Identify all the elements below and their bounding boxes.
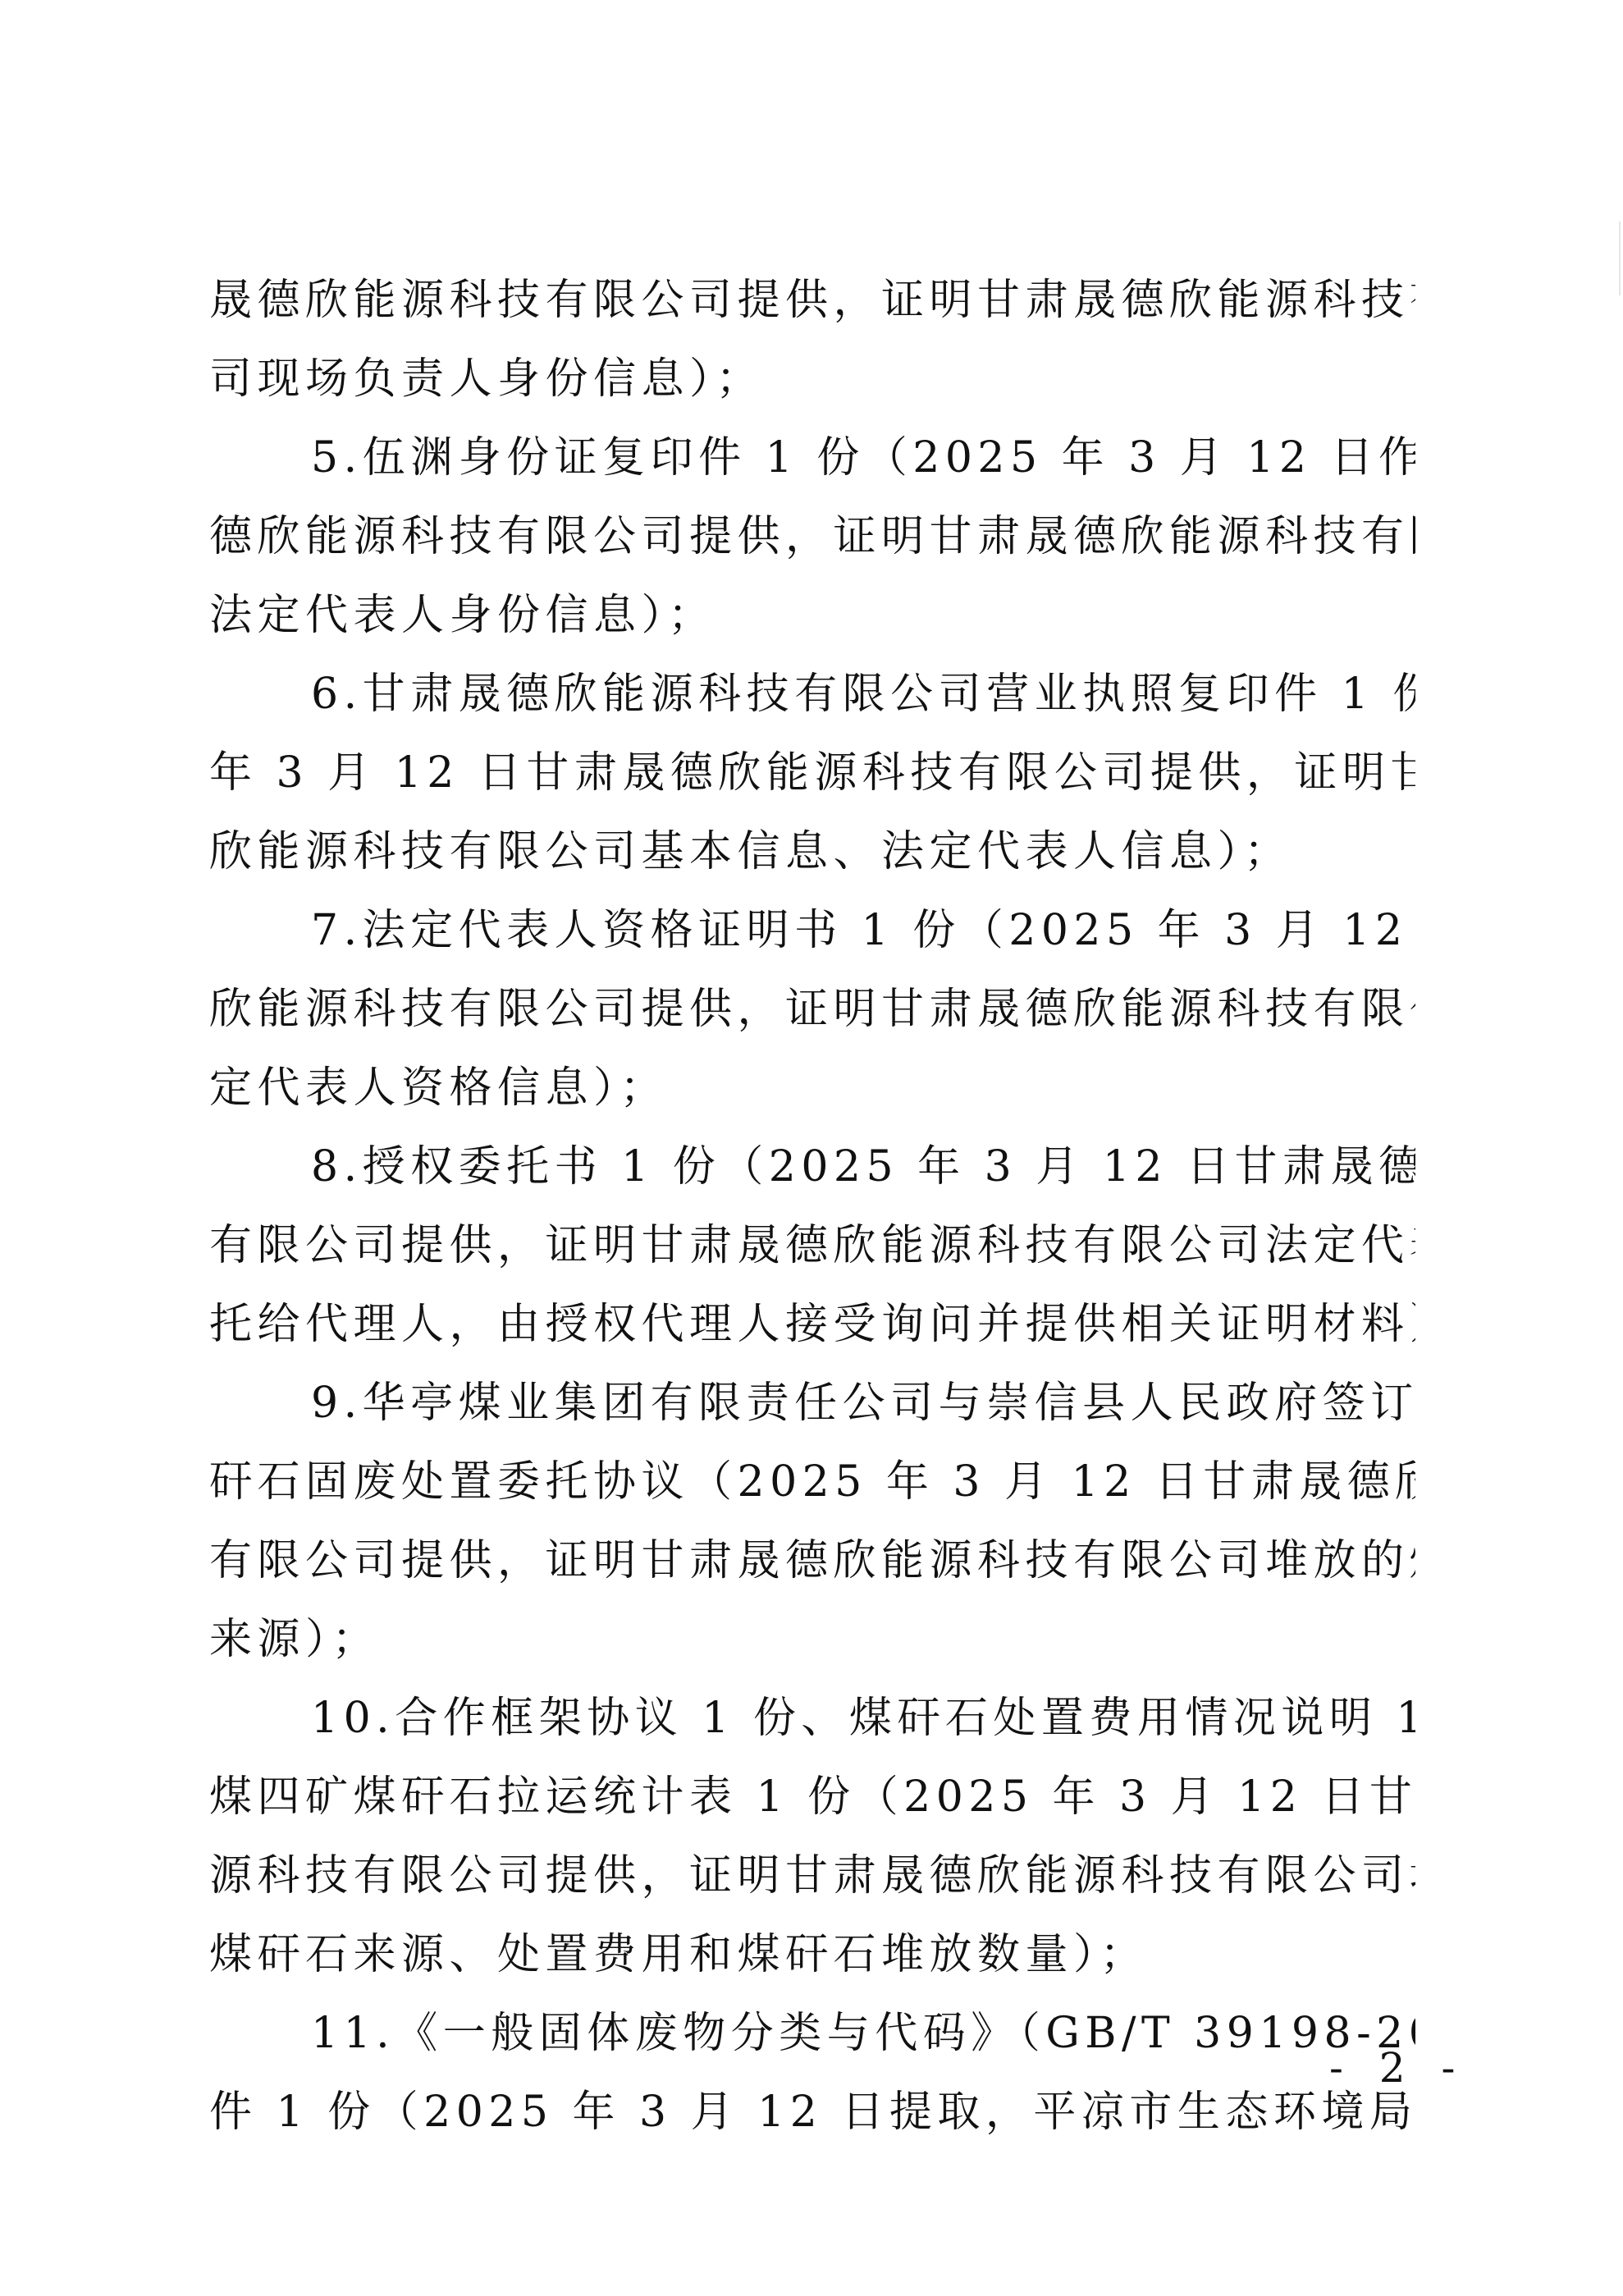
list-item-8-line: 8.授权委托书 1 份（2025 年 3 月 12 日甘肃晟德欣能源科技: [209, 1127, 1415, 1206]
text-line: 法定代表人身份信息）；: [209, 576, 1415, 655]
document-body: 晟德欣能源科技有限公司提供，证明甘肃晟德欣能源科技有限公 司现场负责人身份信息）…: [209, 261, 1415, 2152]
text-line: 定代表人资格信息）；: [209, 1049, 1415, 1127]
text-line: 晟德欣能源科技有限公司提供，证明甘肃晟德欣能源科技有限公: [209, 261, 1415, 340]
list-item-6-line: 6.甘肃晟德欣能源科技有限公司营业执照复印件 1 份（2025: [209, 655, 1415, 734]
text-line: 件 1 份（2025 年 3 月 12 日提取，平凉市生态环境局崇信分局提: [209, 2073, 1415, 2152]
text-line: 矸石固废处置委托协议（2025 年 3 月 12 日甘肃晟德欣能源科技: [209, 1443, 1415, 1521]
text-line: 煤矸石来源、处置费用和煤矸石堆放数量）；: [209, 1915, 1415, 1994]
text-line: 煤四矿煤矸石拉运统计表 1 份（2025 年 3 月 12 日甘肃晟德欣能: [209, 1758, 1415, 1836]
scan-edge-mark: [1619, 222, 1621, 295]
text-line: 托给代理人，由授权代理人接受询问并提供相关证明材料）；: [209, 1285, 1415, 1364]
list-item-11-line: 11.《一般固体废物分类与代码》（GB/T 39198-2020）复印: [209, 1994, 1415, 2073]
text-line: 有限公司提供，证明甘肃晟德欣能源科技有限公司法定代表人委: [209, 1206, 1415, 1285]
list-item-7-line: 7.法定代表人资格证明书 1 份（2025 年 3 月 12 日甘肃晟德: [209, 891, 1415, 970]
text-line: 来源）；: [209, 1600, 1415, 1679]
list-item-9-line: 9.华亭煤业集团有限责任公司与崇信县人民政府签订的煤: [209, 1364, 1415, 1443]
text-line: 德欣能源科技有限公司提供，证明甘肃晟德欣能源科技有限公司: [209, 497, 1415, 576]
text-line: 欣能源科技有限公司基本信息、法定代表人信息）；: [209, 812, 1415, 891]
text-line: 欣能源科技有限公司提供，证明甘肃晟德欣能源科技有限公司法: [209, 970, 1415, 1049]
document-page: 晟德欣能源科技有限公司提供，证明甘肃晟德欣能源科技有限公 司现场负责人身份信息）…: [0, 0, 1623, 2296]
text-line: 有限公司提供，证明甘肃晟德欣能源科技有限公司堆放的煤矸石: [209, 1521, 1415, 1600]
text-line: 年 3 月 12 日甘肃晟德欣能源科技有限公司提供，证明甘肃晟德: [209, 734, 1415, 812]
text-line: 源科技有限公司提供，证明甘肃晟德欣能源科技有限公司堆放的: [209, 1836, 1415, 1915]
text-line: 司现场负责人身份信息）；: [209, 340, 1415, 418]
list-item-10-line: 10.合作框架协议 1 份、煤矸石处置费用情况说明 1 份、华: [209, 1679, 1415, 1758]
page-number: - 2 -: [1329, 2043, 1466, 2092]
list-item-5-line: 5.伍渊身份证复印件 1 份（2025 年 3 月 12 日作出，甘肃晟: [209, 418, 1415, 497]
